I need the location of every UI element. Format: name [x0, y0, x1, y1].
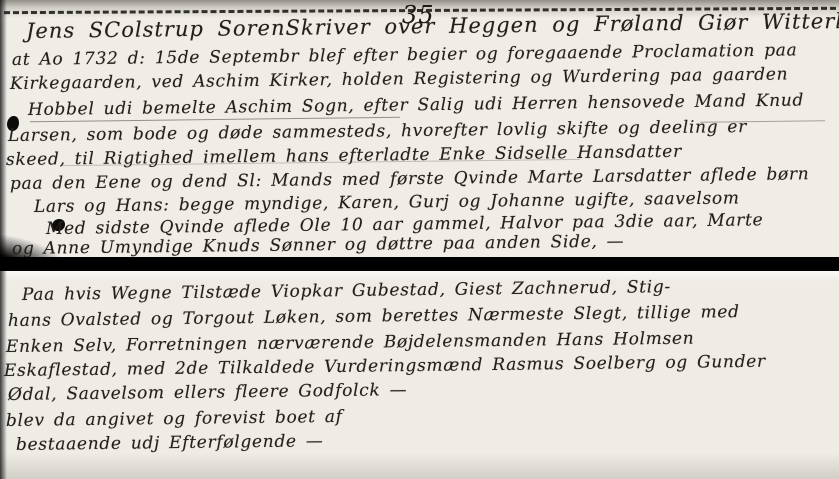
- handwritten-line: hans Ovalsted og Torgout Løken, som bere…: [8, 302, 740, 331]
- lower-page-scan: Paa hvis Wegne Tilstæde Viopkar Gubestad…: [0, 271, 839, 479]
- handwritten-line: Ødal, Saavelsom ellers fleere Godfolck —: [8, 380, 407, 405]
- handwritten-line: Kirkegaarden, ved Aschim Kirker, holden …: [10, 64, 788, 94]
- handwritten-line: Eskaflestad, med 2de Tilkaldede Vurderin…: [4, 352, 766, 381]
- handwritten-line: Jens SColstrup SorenSkriver over Heggen …: [26, 9, 839, 43]
- handwritten-line: Enken Selv, Forretningen nærværende Bøjd…: [6, 329, 695, 357]
- handwritten-line: skeed, til Rigtighed imellem hans efterl…: [6, 142, 682, 170]
- manuscript-scan: 35 Jens SColstrup SorenSkriver over Hegg…: [0, 0, 839, 479]
- upper-page-scan: 35 Jens SColstrup SorenSkriver over Hegg…: [0, 0, 839, 257]
- handwritten-line: blev da angivet og forevist boet af: [6, 407, 343, 431]
- handwritten-line: bestaaende udj Efterfølgende —: [16, 431, 324, 455]
- handwritten-line: Paa hvis Wegne Tilstæde Viopkar Gubestad…: [22, 277, 671, 305]
- handwritten-line: Hobbel udi bemelte Aschim Sogn, efter Sa…: [28, 91, 804, 120]
